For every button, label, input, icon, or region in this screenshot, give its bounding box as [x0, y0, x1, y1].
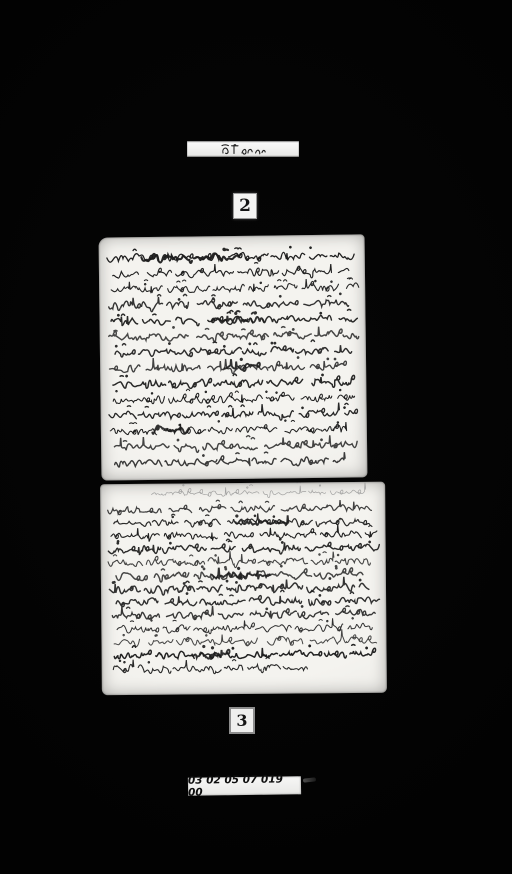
page-number-plate-3: 3 [229, 707, 255, 734]
microfilm-frame: 2 3 03 02 05 07 019 00 [0, 0, 512, 874]
film-code-label: 03 02 05 07 019 00 [188, 776, 301, 796]
manuscript-page-2 [99, 234, 368, 480]
handwriting-page-2 [99, 234, 368, 480]
film-code-text: 03 02 05 07 019 00 [188, 773, 301, 799]
page-number-3: 3 [236, 711, 247, 730]
film-smudge [303, 777, 316, 782]
collection-label-text [217, 142, 269, 156]
page-number-2: 2 [239, 196, 251, 216]
page-number-plate-2: 2 [233, 193, 257, 219]
handwriting-page-3 [100, 482, 387, 695]
collection-label [187, 141, 299, 157]
manuscript-page-3 [100, 482, 387, 695]
